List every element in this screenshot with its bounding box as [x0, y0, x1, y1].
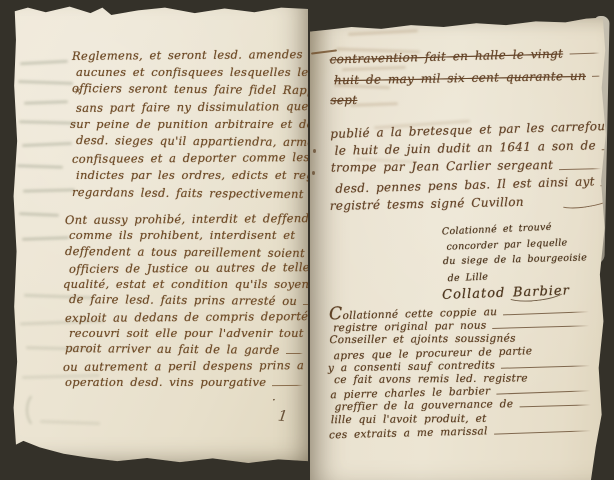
manuscript-line: deffendent a tous pareillement soient: [65, 243, 305, 261]
manuscript-line: regardans lesd. faits respectivement: [72, 184, 302, 203]
line-text: ou autrement a peril despens prins a: [63, 357, 304, 375]
ink-dot-mark: ·: [272, 393, 276, 407]
line-text: officiers seront tenus faire fidel Rappo…: [72, 80, 333, 99]
line-text: ces extraits a me marissal: [329, 425, 488, 442]
manuscript-line: sans part faire ny dissimulation quelcon…: [76, 98, 302, 117]
bleedthrough-stroke: [348, 29, 418, 36]
manuscript-line: Reglemens, et seront lesd. amendes: [72, 46, 302, 65]
line-text: lille qui l'avoit produit, et: [331, 412, 487, 427]
bleedthrough-stroke: [20, 60, 68, 66]
bleedthrough-stroke: [23, 188, 75, 192]
line-text: de faire lesd. faits prins arresté ou: [69, 291, 297, 309]
manuscript-line: de faire lesd. faits prins arresté ou: [69, 291, 305, 309]
manuscript-line: Ont aussy prohibé, interdit et deffendu: [65, 210, 305, 228]
struck-line: sept: [330, 88, 602, 112]
line-text: paroit arriver au fait de la garde: [65, 340, 280, 358]
line-text: officiers de Justice ou autres de telle: [69, 259, 310, 277]
pen-rule-flourish: [493, 325, 590, 329]
line-text: regardans lesd. faits respectivement: [72, 184, 304, 203]
line-text: Reglemens, et seront lesd. amendes: [72, 46, 303, 65]
manuscript-line: officiers seront tenus faire fidel Rappo…: [72, 80, 302, 99]
manuscript-line: qualité, estat et condition qu'ils soyen…: [63, 276, 305, 292]
pen-rule-flourish: [501, 365, 590, 369]
manuscript-line: indictes par les ordres, edicts et regle…: [76, 167, 302, 184]
manuscript-line: comme ils prohibent, interdisent et: [69, 227, 305, 243]
certification-note: Collationné cette coppie au registre ori…: [329, 303, 593, 442]
bleedthrough-stroke: [40, 420, 100, 425]
manuscript-line: paroit arriver au fait de la garde: [65, 340, 305, 358]
pen-rule-flourish: [503, 311, 589, 315]
line-text: qualité, estat et condition qu'ils soyen…: [63, 276, 314, 292]
cancelled-note: contravention fait en halle le vingt hui…: [329, 44, 602, 113]
manuscript-line: ou autrement a peril despens prins a: [63, 357, 305, 375]
line-text: operation desd. vins pourgative: [65, 374, 266, 390]
strike-rule: [592, 75, 600, 76]
line-text: comme ils prohibent, interdisent et: [69, 227, 295, 243]
right-page: contravention fait en halle le vingt hui…: [310, 13, 607, 480]
pen-rule-flourish: [494, 430, 591, 435]
line-text: Ont aussy prohibé, interdit et deffendu: [65, 210, 317, 228]
manuscript-line: confisquees et a deporter comme les autr…: [72, 149, 302, 168]
manuscript-line: aucunes et confisquees lesquelles lesd.: [76, 64, 302, 81]
folio-number-mark: 1: [277, 406, 289, 425]
line-text: de Lille: [447, 269, 488, 286]
manuscript-scan: × · 1 Reglemens, et seront lesd. amendes…: [0, 0, 614, 480]
line-text: exploit au dedans de compris deportés: [65, 308, 315, 326]
left-paragraph-2: Ont aussy prohibé, interdit et deffendu …: [65, 211, 305, 390]
ink-speck: [313, 149, 316, 153]
bleedthrough-curve: [26, 391, 52, 429]
line-text: sept: [330, 90, 357, 112]
left-page: × · 1 Reglemens, et seront lesd. amendes…: [10, 3, 308, 463]
bleedthrough-stroke: [24, 100, 68, 105]
line-text: sur peine de punition arbitraire et de: [70, 116, 314, 133]
bleedthrough-stroke: [18, 80, 73, 85]
manuscript-line: operation desd. vins pourgative: [65, 374, 305, 390]
bleedthrough-stroke: [19, 120, 77, 125]
manuscript-line: officiers de Justice ou autres de telle: [69, 259, 305, 277]
ink-speck: [312, 171, 315, 175]
line-text: aucunes et confisquees lesquelles lesd.: [76, 64, 326, 81]
manuscript-line: recouvri soit elle pour l'advenir tout q…: [69, 325, 305, 341]
manuscript-line: sur peine de punition arbitraire et de: [70, 116, 302, 133]
left-paragraph-1: Reglemens, et seront lesd. amendes aucun…: [72, 47, 302, 202]
pen-rule-flourish: [519, 405, 590, 408]
manuscript-line: desd. sieges qu'il appartiendra, armes: [76, 132, 302, 151]
pen-rule-flourish: [286, 353, 303, 354]
pen-rule-flourish: [559, 169, 601, 171]
bleedthrough-stroke: [22, 142, 72, 147]
line-text: deffendent a tous pareillement soient: [65, 243, 305, 261]
bleedthrough-stroke: [22, 236, 69, 241]
manuscript-line: exploit au dedans de compris deportés: [65, 308, 305, 326]
bleedthrough-stroke: [17, 164, 63, 169]
pen-rule-flourish: [272, 385, 303, 387]
pen-rule-flourish: [496, 390, 590, 395]
strike-rule: [569, 53, 599, 55]
pen-rule-flourish: [303, 305, 311, 306]
bleedthrough-stroke: [19, 212, 59, 217]
